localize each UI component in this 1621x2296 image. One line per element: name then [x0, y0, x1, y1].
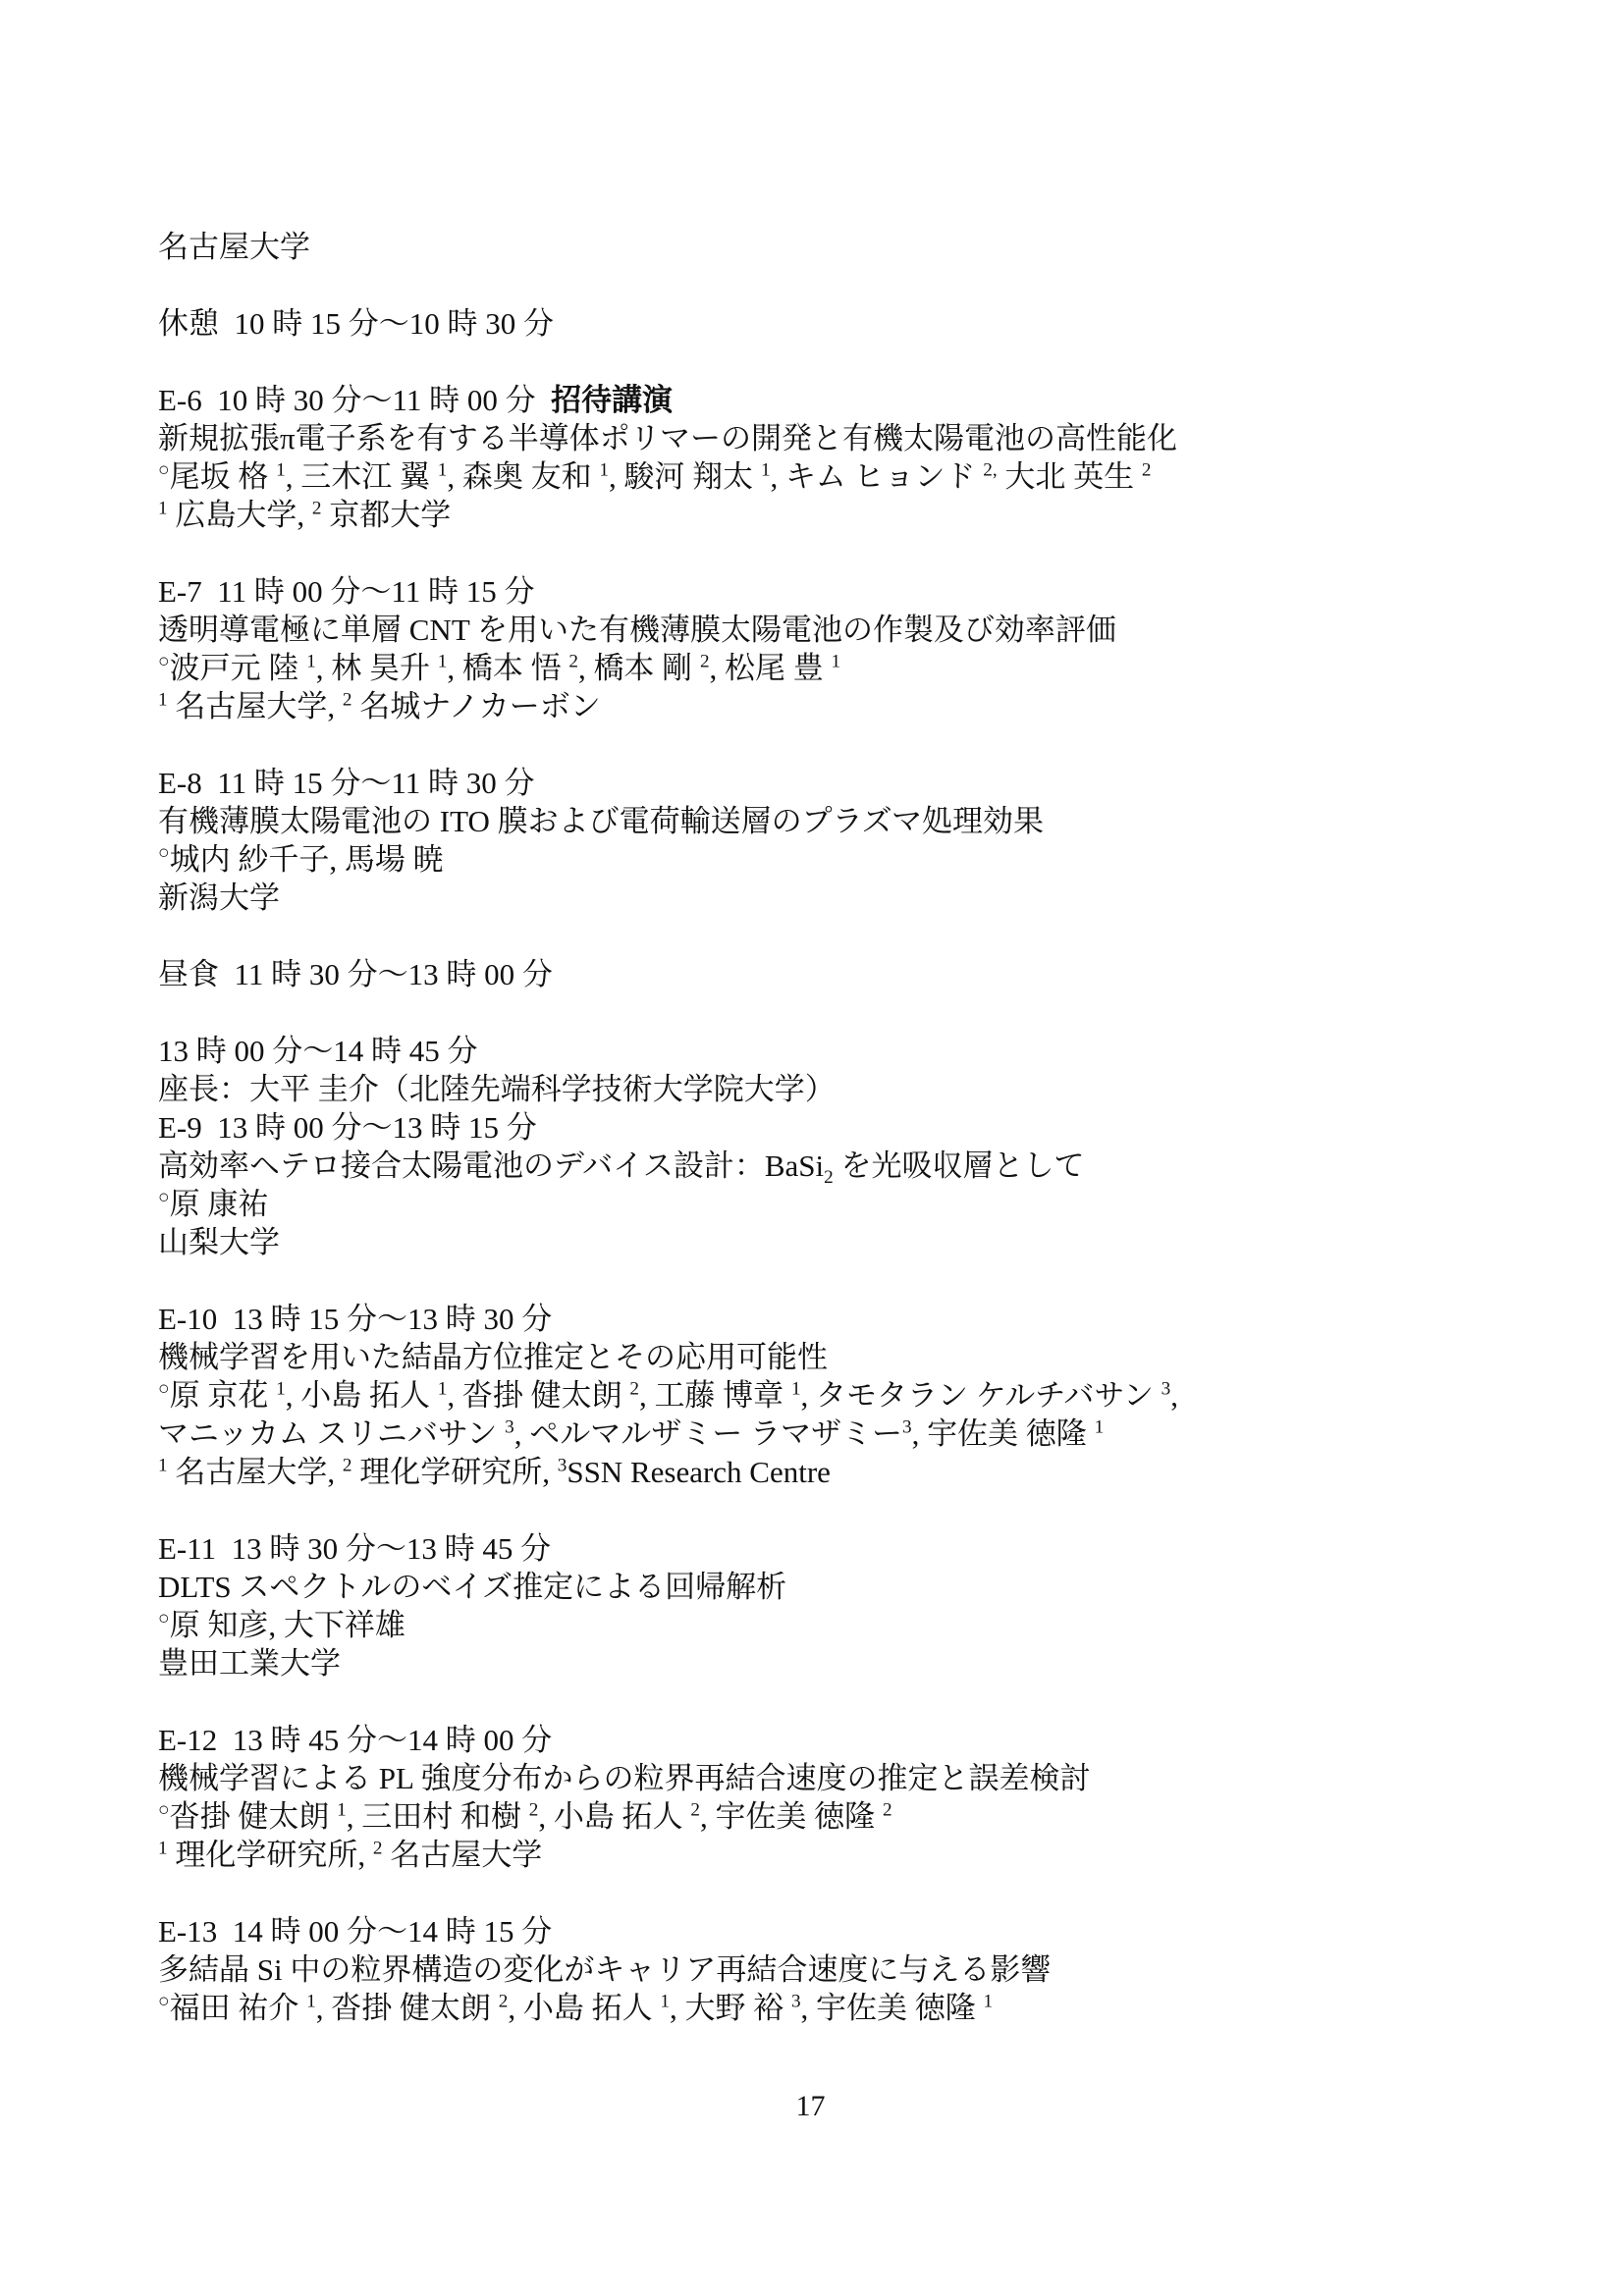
affiliation-superscript: 3 — [902, 1417, 912, 1438]
affiliation-superscript: 1 — [158, 499, 168, 519]
session-header-line: E-12 13 時 45 分～14 時 00 分 — [158, 1721, 1513, 1759]
session-header-line: E-9 13 時 00 分～13 時 15 分 — [158, 1108, 1513, 1147]
invited-talk-badge: 招待講演 — [551, 383, 673, 417]
affiliation-superscript: 2 — [343, 690, 352, 711]
affiliation-superscript: 2 — [690, 1800, 700, 1821]
conference-program-page: 名古屋大学休憩 10 時 15 分～10 時 30 分E-6 10 時 30 分… — [0, 0, 1621, 2296]
affiliation-superscript: 1 — [306, 652, 316, 672]
affiliation-superscript: 1 — [791, 1379, 801, 1400]
affiliation-superscript: 1 — [158, 690, 168, 711]
chemical-subscript: 2 — [824, 1167, 834, 1188]
affiliation-line: 1 名古屋大学, 2 理化学研究所, 3SSN Research Centre — [158, 1453, 1513, 1491]
lunch-notice: 昼食 11 時 30 分～13 時 00 分 — [158, 955, 1513, 993]
session-e13: E-13 14 時 00 分～14 時 15 分多結晶 Si 中の粒界構造の変化… — [158, 1912, 1513, 2027]
affiliation-superscript: 1 — [158, 1839, 168, 1859]
presenter-mark: ○ — [158, 1379, 170, 1400]
schedule-line: 昼食 11 時 30 分～13 時 00 分 — [158, 955, 1513, 993]
talk-title-line: 高効率ヘテロ接合太陽電池のデバイス設計：BaSi2 を光吸収層として — [158, 1147, 1513, 1185]
authors-line: ○城内 紗千子, 馬場 暁 — [158, 840, 1513, 879]
affiliation-superscript: 1 — [337, 1800, 347, 1821]
session-header-line: E-7 11 時 00 分～11 時 15 分 — [158, 572, 1513, 611]
affiliation-superscript: 1 — [761, 460, 771, 481]
session-header-line: E-6 10 時 30 分～11 時 00 分 招待講演 — [158, 381, 1513, 419]
affiliation-superscript: 2 — [343, 1456, 352, 1476]
session-header-line: E-10 13 時 15 分～13 時 30 分 — [158, 1300, 1513, 1338]
affiliation-superscript: 1 — [984, 1992, 994, 2012]
affiliation-line: 1 広島大学, 2 京都大学 — [158, 496, 1513, 534]
talk-title-line: 機械学習を用いた結晶方位推定とその応用可能性 — [158, 1338, 1513, 1376]
chair-line: 座長：大平 圭介（北陸先端科学技術大学院大学） — [158, 1070, 1513, 1108]
talk-title-line: 機械学習による PL 強度分布からの粒界再結合速度の推定と誤差検討 — [158, 1759, 1513, 1797]
affiliation-superscript: 1 — [599, 460, 609, 481]
schedule-line: 休憩 10 時 15 分～10 時 30 分 — [158, 304, 1513, 343]
affiliation-superscript: 1 — [158, 1456, 168, 1476]
affiliation-line: 豊田工業大学 — [158, 1644, 1513, 1682]
authors-line: ○原 京花 1, 小島 拓人 1, 沓掛 健太朗 2, 工藤 博章 1, タモタ… — [158, 1376, 1513, 1415]
talk-title-line: 多結晶 Si 中の粒界構造の変化がキャリア再結合速度に与える影響 — [158, 1950, 1513, 1989]
talk-title-line: DLTS スペクトルのベイズ推定による回帰解析 — [158, 1568, 1513, 1606]
affiliation-superscript: 2 — [568, 652, 578, 672]
presenter-mark: ○ — [158, 460, 170, 481]
authors-line: ○福田 祐介 1, 沓掛 健太朗 2, 小島 拓人 1, 大野 裕 3, 宇佐美… — [158, 1989, 1513, 2027]
affiliation-superscript: 2 — [883, 1800, 892, 1821]
presenter-mark: ○ — [158, 1992, 170, 2012]
presenter-mark: ○ — [158, 652, 170, 672]
affiliation-superscript: 1 — [1095, 1417, 1105, 1438]
authors-line: ○沓掛 健太朗 1, 三田村 和樹 2, 小島 拓人 2, 宇佐美 徳隆 2 — [158, 1797, 1513, 1836]
affiliation-superscript: 2 — [629, 1379, 639, 1400]
affiliation-superscript: 1 — [660, 1992, 670, 2012]
affiliation-superscript: 1 — [438, 652, 448, 672]
session-e11: E-11 13 時 30 分～13 時 45 分DLTS スペクトルのベイズ推定… — [158, 1529, 1513, 1682]
affiliation-superscript: 3 — [558, 1456, 567, 1476]
affiliation-line: 名古屋大学 — [158, 228, 1513, 266]
session-e6: E-6 10 時 30 分～11 時 00 分 招待講演新規拡張π電子系を有する… — [158, 381, 1513, 534]
affiliation-superscript: 1 — [276, 1379, 286, 1400]
affiliation-superscript: 1 — [832, 652, 841, 672]
presenter-mark: ○ — [158, 1800, 170, 1821]
session-header-line: E-11 13 時 30 分～13 時 45 分 — [158, 1529, 1513, 1568]
affiliation-superscript: 2 — [700, 652, 710, 672]
talk-title-line: 新規拡張π電子系を有する半導体ポリマーの開発と有機太陽電池の高性能化 — [158, 419, 1513, 457]
session-e7: E-7 11 時 00 分～11 時 15 分透明導電極に単層 CNT を用いた… — [158, 572, 1513, 725]
affiliation-superscript: 2, — [983, 460, 997, 481]
presenter-mark: ○ — [158, 843, 170, 864]
session-e10: E-10 13 時 15 分～13 時 30 分機械学習を用いた結晶方位推定とそ… — [158, 1300, 1513, 1491]
session-header-line: E-8 11 時 15 分～11 時 30 分 — [158, 764, 1513, 802]
affiliation-superscript: 2 — [499, 1992, 509, 2012]
affiliation-superscript: 2 — [312, 499, 322, 519]
afternoon-session-e9: 13 時 00 分～14 時 45 分座長：大平 圭介（北陸先端科学技術大学院大… — [158, 1032, 1513, 1261]
presenter-mark: ○ — [158, 1609, 170, 1629]
program-content: 名古屋大学休憩 10 時 15 分～10 時 30 分E-6 10 時 30 分… — [158, 228, 1513, 2065]
page-number: 17 — [0, 2089, 1621, 2124]
talk-title-line: 透明導電極に単層 CNT を用いた有機薄膜太陽電池の作製及び効率評価 — [158, 611, 1513, 649]
affiliation-superscript: 3 — [1162, 1379, 1171, 1400]
session-e8: E-8 11 時 15 分～11 時 30 分有機薄膜太陽電池の ITO 膜およ… — [158, 764, 1513, 917]
talk-title-line: 有機薄膜太陽電池の ITO 膜および電荷輸送層のプラズマ処理効果 — [158, 802, 1513, 840]
affiliation-superscript: 3 — [791, 1992, 801, 2012]
carryover-affiliation: 名古屋大学 — [158, 228, 1513, 266]
session-header-line: E-13 14 時 00 分～14 時 15 分 — [158, 1912, 1513, 1950]
authors-line: ○波戸元 陸 1, 林 昊升 1, 橋本 悟 2, 橋本 剛 2, 松尾 豊 1 — [158, 649, 1513, 687]
affiliation-superscript: 2 — [373, 1839, 383, 1859]
affiliation-superscript: 2 — [529, 1800, 539, 1821]
affiliation-line: 山梨大学 — [158, 1223, 1513, 1261]
affiliation-line: 1 名古屋大学, 2 名城ナノカーボン — [158, 687, 1513, 725]
affiliation-superscript: 1 — [438, 1379, 448, 1400]
authors-line: ○原 知彦, 大下祥雄 — [158, 1606, 1513, 1644]
affiliation-line: 新潟大学 — [158, 879, 1513, 917]
authors-line: ○原 康祐 — [158, 1185, 1513, 1223]
authors-line: ○尾坂 格 1, 三木江 翼 1, 森奥 友和 1, 駿河 翔太 1, キム ヒ… — [158, 457, 1513, 496]
authors-line: マニッカム スリニバサン 3, ペルマルザミー ラマザミー3, 宇佐美 徳隆 1 — [158, 1415, 1513, 1453]
affiliation-line: 1 理化学研究所, 2 名古屋大学 — [158, 1836, 1513, 1874]
break-notice: 休憩 10 時 15 分～10 時 30 分 — [158, 304, 1513, 343]
affiliation-superscript: 1 — [438, 460, 448, 481]
presenter-mark: ○ — [158, 1188, 170, 1208]
session-timerange-line: 13 時 00 分～14 時 45 分 — [158, 1032, 1513, 1070]
affiliation-superscript: 1 — [306, 1992, 316, 2012]
affiliation-superscript: 2 — [1142, 460, 1152, 481]
affiliation-superscript: 3 — [505, 1417, 514, 1438]
session-e12: E-12 13 時 45 分～14 時 00 分機械学習による PL 強度分布か… — [158, 1721, 1513, 1874]
affiliation-superscript: 1 — [276, 460, 286, 481]
